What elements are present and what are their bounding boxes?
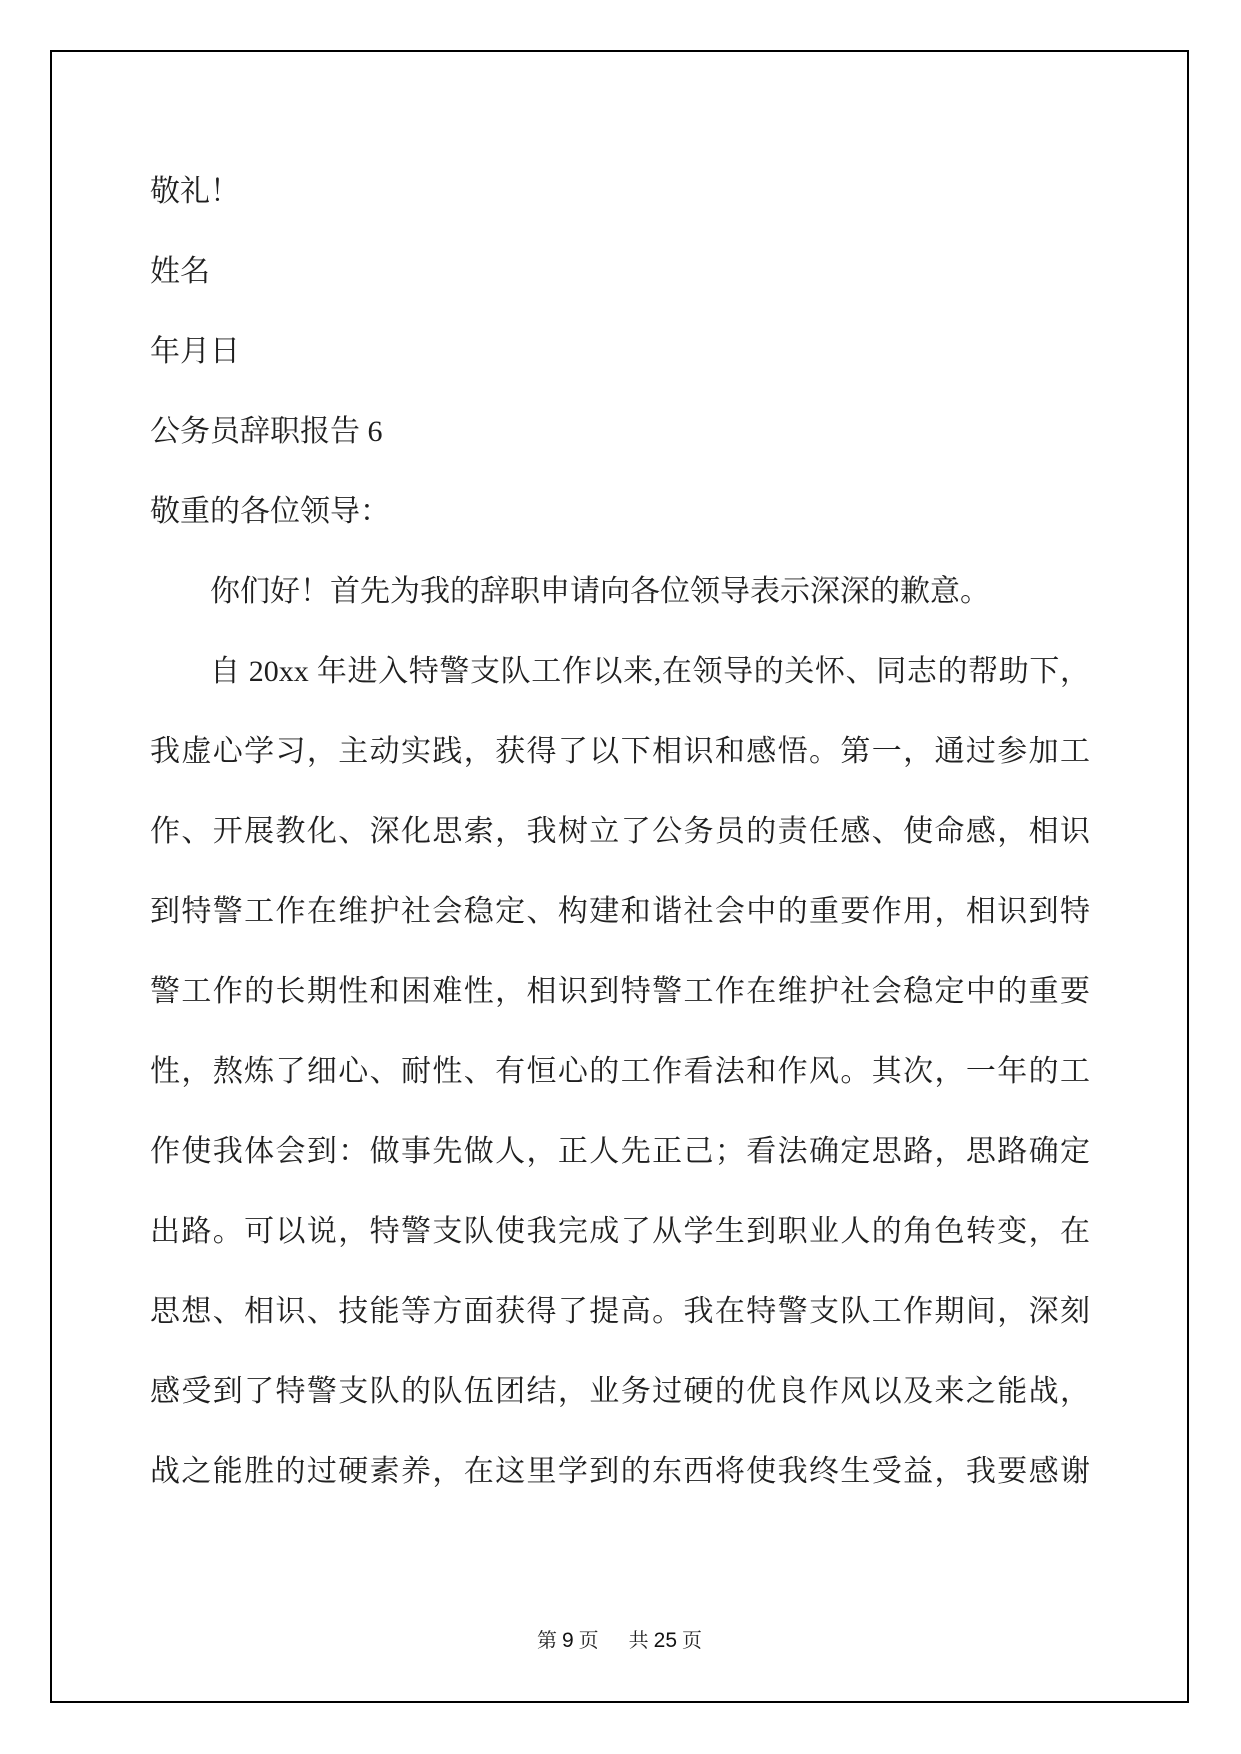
text-line: 作、开展教化、深化思索，我树立了公务员的责任感、使命感，相识 xyxy=(150,792,1090,872)
text-line: 你们好！首先为我的辞职申请向各位领导表示深深的歉意。 xyxy=(150,552,1090,632)
text-line: 年月日 xyxy=(150,312,1090,392)
footer-total-suffix: 页 xyxy=(682,1630,702,1652)
text-line: 敬重的各位领导： xyxy=(150,472,1090,552)
text-line: 公务员辞职报告 6 xyxy=(150,392,1090,472)
text-line: 敬礼！ xyxy=(150,152,1090,232)
text-line: 我虚心学习，主动实践，获得了以下相识和感悟。第一，通过参加工 xyxy=(150,712,1090,792)
footer-total-prefix: 共 xyxy=(629,1630,649,1652)
text-line: 性，熬炼了细心、耐性、有恒心的工作看法和作风。其次，一年的工 xyxy=(150,1032,1090,1112)
text-line: 战之能胜的过硬素养，在这里学到的东西将使我终生受益，我要感谢 xyxy=(150,1432,1090,1512)
text-line: 姓名 xyxy=(150,232,1090,312)
text-line: 到特警工作在维护社会稳定、构建和谐社会中的重要作用，相识到特 xyxy=(150,872,1090,952)
footer-page-prefix: 第 xyxy=(537,1630,557,1652)
footer-page-suffix: 页 xyxy=(579,1630,599,1652)
page-footer: 第9页共25页 xyxy=(52,1628,1187,1654)
document-lines: 敬礼！姓名年月日公务员辞职报告 6敬重的各位领导：你们好！首先为我的辞职申请向各… xyxy=(150,152,1090,1512)
footer-total-number: 25 xyxy=(654,1629,677,1652)
page-border-frame: 敬礼！姓名年月日公务员辞职报告 6敬重的各位领导：你们好！首先为我的辞职申请向各… xyxy=(50,50,1189,1703)
footer-page-number: 9 xyxy=(562,1629,574,1652)
document-page: 敬礼！姓名年月日公务员辞职报告 6敬重的各位领导：你们好！首先为我的辞职申请向各… xyxy=(0,0,1241,1754)
text-line: 作使我体会到：做事先做人，正人先正己；看法确定思路，思路确定 xyxy=(150,1112,1090,1192)
text-line: 感受到了特警支队的队伍团结，业务过硬的优良作风以及来之能战， xyxy=(150,1352,1090,1432)
text-line: 思想、相识、技能等方面获得了提高。我在特警支队工作期间，深刻 xyxy=(150,1272,1090,1352)
text-line: 警工作的长期性和困难性，相识到特警工作在维护社会稳定中的重要 xyxy=(150,952,1090,1032)
text-line: 自 20xx 年进入特警支队工作以来,在领导的关怀、同志的帮助下， xyxy=(150,632,1090,712)
text-line: 出路。可以说，特警支队使我完成了从学生到职业人的角色转变，在 xyxy=(150,1192,1090,1272)
